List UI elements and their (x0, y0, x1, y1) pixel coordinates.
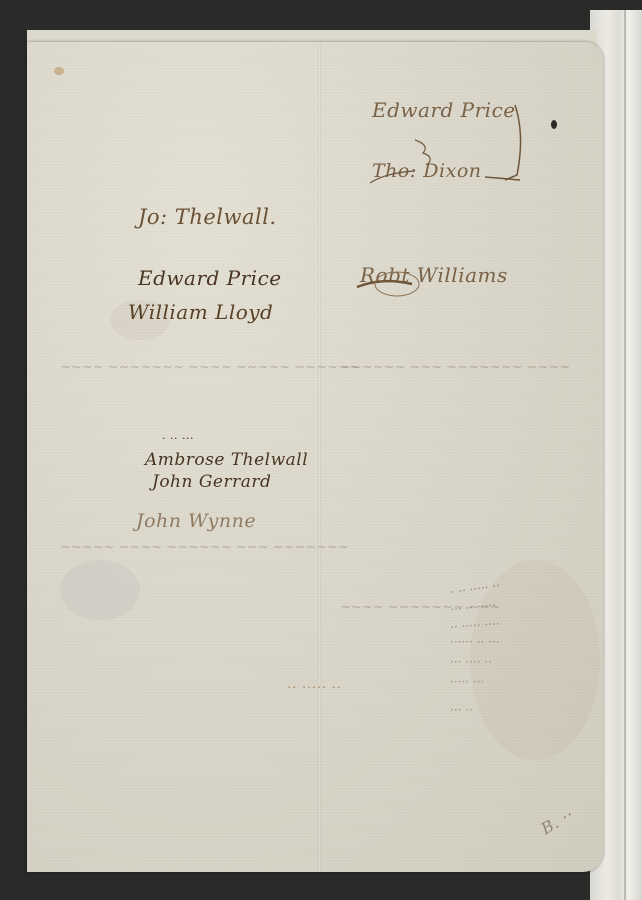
strikethrough-mark-icon (352, 262, 432, 302)
faint-note-line: ····· ··· (450, 675, 600, 689)
lower-group-header-marks: · ·· ··· (162, 432, 194, 445)
foxing-stain (60, 560, 140, 620)
faint-notes-block: · ·· ····· ·· ··· ·· ····· ·· ····· ····… (450, 575, 600, 717)
ink-blot (551, 120, 557, 129)
faint-note-line: ··· ···· ·· (450, 655, 600, 669)
signature-william-lloyd: William Lloyd (128, 300, 273, 324)
bracket-flourish-icon (355, 95, 535, 195)
signature-edward-price-left: Edward Price (138, 266, 282, 290)
faint-center-marks: ·· ····· ·· (287, 680, 341, 696)
signature-john-gerrard: John Gerrard (152, 472, 271, 492)
signature-jo-thelwall: Jo: Thelwall. (138, 205, 277, 229)
signature-ambrose-thelwall: Ambrose Thelwall (145, 450, 308, 470)
faint-note-line: ··· ·· (450, 703, 600, 717)
center-fold-crease (318, 42, 321, 872)
bleed-through-text: ~~~~ ~~~~~~~ ~~~~ ~~~~~ ~~~~~~ (60, 360, 360, 375)
bleed-through-text: ~~~~~ ~~~~ ~~~~~~ ~~~ ~~~~~~~ (60, 540, 349, 555)
signature-john-wynne: John Wynne (136, 510, 256, 532)
foxing-stain (54, 67, 64, 75)
faint-note-line: ······ ·· ··· (450, 635, 600, 649)
bleed-through-text: ~~~~~~ ~~~ ~~~~~~~ ~~~~ (340, 360, 570, 375)
